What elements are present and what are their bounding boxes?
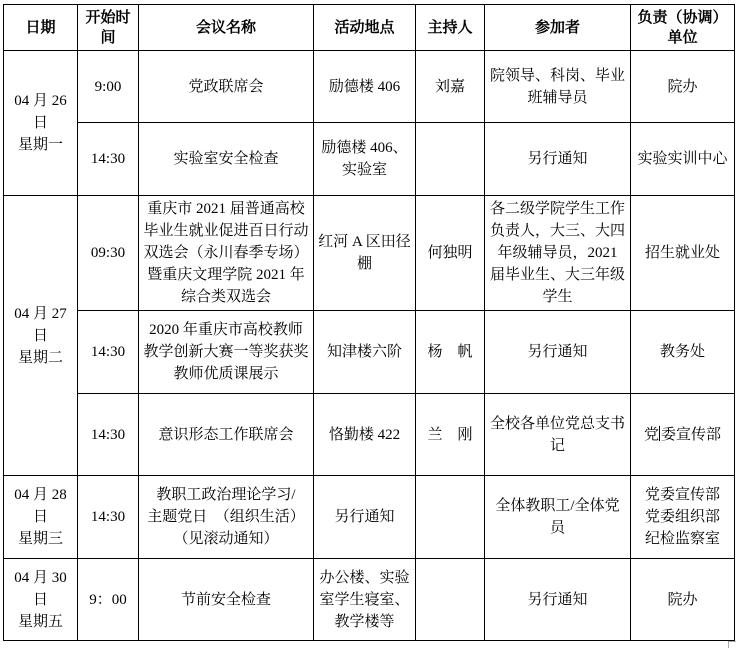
table-corner-mark xyxy=(728,641,736,648)
date-cell-0426[interactable]: 04 月 26 日 星期一 xyxy=(4,51,78,196)
table-row: 04 月 28 日 星期三 14:30 教职工政治理论学习/ 主题党日 （组织生… xyxy=(4,476,735,559)
meeting-schedule-table: 日期 开始时间 会议名称 活动地点 主持人 参加者 负责（协调）单位 04 月 … xyxy=(3,4,735,641)
host-cell[interactable]: 刘嘉 xyxy=(416,51,485,123)
time-cell[interactable]: 14:30 xyxy=(78,311,139,394)
meeting-name-cell[interactable]: 党政联席会 xyxy=(139,51,314,123)
table-row: 14:30 实验室安全检查 励德楼 406、实验室 另行通知 实验实训中心 xyxy=(4,123,735,196)
participants-cell[interactable]: 院领导、科岗、毕业班辅导员 xyxy=(485,51,631,123)
date-cell-0427[interactable]: 04 月 27 日 星期二 xyxy=(4,196,78,476)
header-host: 主持人 xyxy=(416,5,485,51)
meeting-name-cell[interactable]: 节前安全检查 xyxy=(139,559,314,641)
text-cursor xyxy=(659,426,660,441)
header-participants: 参加者 xyxy=(485,5,631,51)
time-cell[interactable]: 09:30 xyxy=(78,196,139,311)
unit-cell[interactable]: 实验实训中心 xyxy=(631,123,735,196)
participants-cell[interactable]: 另行通知 xyxy=(485,559,631,641)
location-cell[interactable]: 恪勤楼 422 xyxy=(314,394,416,476)
header-meeting-name: 会议名称 xyxy=(139,5,314,51)
host-cell[interactable]: 何独明 xyxy=(416,196,485,311)
location-cell[interactable]: 红河 A 区田径棚 xyxy=(314,196,416,311)
location-cell[interactable]: 另行通知 xyxy=(314,476,416,559)
host-cell[interactable] xyxy=(416,559,485,641)
unit-cell[interactable]: 招生就业处 xyxy=(631,196,735,311)
unit-cell[interactable]: 院办 xyxy=(631,51,735,123)
unit-text-after-cursor: 委宣传部 xyxy=(661,427,721,443)
location-cell[interactable]: 励德楼 406 xyxy=(314,51,416,123)
location-cell[interactable]: 知津楼六阶 xyxy=(314,311,416,394)
table-row: 04 月 27 日 星期二 09:30 重庆市 2021 届普通高校毕业生就业促… xyxy=(4,196,735,311)
time-cell[interactable]: 9：00 xyxy=(78,559,139,641)
meeting-name-cell[interactable]: 教职工政治理论学习/ 主题党日 （组织生活） （见滚动通知） xyxy=(139,476,314,559)
host-cell[interactable] xyxy=(416,476,485,559)
meeting-name-cell[interactable]: 2020 年重庆市高校教师教学创新大赛一等奖获奖教师优质课展示 xyxy=(139,311,314,394)
location-cell[interactable]: 办公楼、实验室学生寝室、教学楼等 xyxy=(314,559,416,641)
time-cell[interactable]: 9:00 xyxy=(78,51,139,123)
table-row: 04 月 30 日 星期五 9：00 节前安全检查 办公楼、实验室学生寝室、教学… xyxy=(4,559,735,641)
unit-cell[interactable]: 党委宣传部 党委组织部 纪检监察室 xyxy=(631,476,735,559)
date-cell-0428[interactable]: 04 月 28 日 星期三 xyxy=(4,476,78,559)
time-cell[interactable]: 14:30 xyxy=(78,394,139,476)
time-cell[interactable]: 14:30 xyxy=(78,123,139,196)
table-row: 14:30 2020 年重庆市高校教师教学创新大赛一等奖获奖教师优质课展示 知津… xyxy=(4,311,735,394)
participants-cell[interactable]: 全体教职工/全体党员 xyxy=(485,476,631,559)
unit-cell[interactable]: 教务处 xyxy=(631,311,735,394)
document-page: 日期 开始时间 会议名称 活动地点 主持人 参加者 负责（协调）单位 04 月 … xyxy=(0,0,737,649)
table-row: 14:30 意识形态工作联席会 恪勤楼 422 兰 刚 全校各单位党总支书记 党… xyxy=(4,394,735,476)
unit-cell[interactable]: 院办 xyxy=(631,559,735,641)
participants-cell[interactable]: 全校各单位党总支书记 xyxy=(485,394,631,476)
host-cell[interactable]: 杨 帆 xyxy=(416,311,485,394)
header-unit: 负责（协调）单位 xyxy=(631,5,735,51)
header-row: 日期 开始时间 会议名称 活动地点 主持人 参加者 负责（协调）单位 xyxy=(4,5,735,51)
participants-cell[interactable]: 各二级学院学生工作负责人，大三、大四年级辅导员，2021 届毕业生、大三年级学生 xyxy=(485,196,631,311)
participants-cell[interactable]: 另行通知 xyxy=(485,311,631,394)
date-cell-0430[interactable]: 04 月 30 日 星期五 xyxy=(4,559,78,641)
meeting-name-cell[interactable]: 重庆市 2021 届普通高校毕业生就业促进百日行动双选会（永川春季专场）暨重庆文… xyxy=(139,196,314,311)
participants-cell[interactable]: 另行通知 xyxy=(485,123,631,196)
header-location: 活动地点 xyxy=(314,5,416,51)
header-date: 日期 xyxy=(4,5,78,51)
time-cell[interactable]: 14:30 xyxy=(78,476,139,559)
location-cell[interactable]: 励德楼 406、实验室 xyxy=(314,123,416,196)
unit-cell-with-cursor[interactable]: 党委宣传部 xyxy=(631,394,735,476)
host-cell[interactable] xyxy=(416,123,485,196)
unit-text-before-cursor: 党 xyxy=(644,427,659,443)
header-start-time: 开始时间 xyxy=(78,5,139,51)
meeting-name-cell[interactable]: 意识形态工作联席会 xyxy=(139,394,314,476)
meeting-name-cell[interactable]: 实验室安全检查 xyxy=(139,123,314,196)
host-cell[interactable]: 兰 刚 xyxy=(416,394,485,476)
table-row: 04 月 26 日 星期一 9:00 党政联席会 励德楼 406 刘嘉 院领导、… xyxy=(4,51,735,123)
